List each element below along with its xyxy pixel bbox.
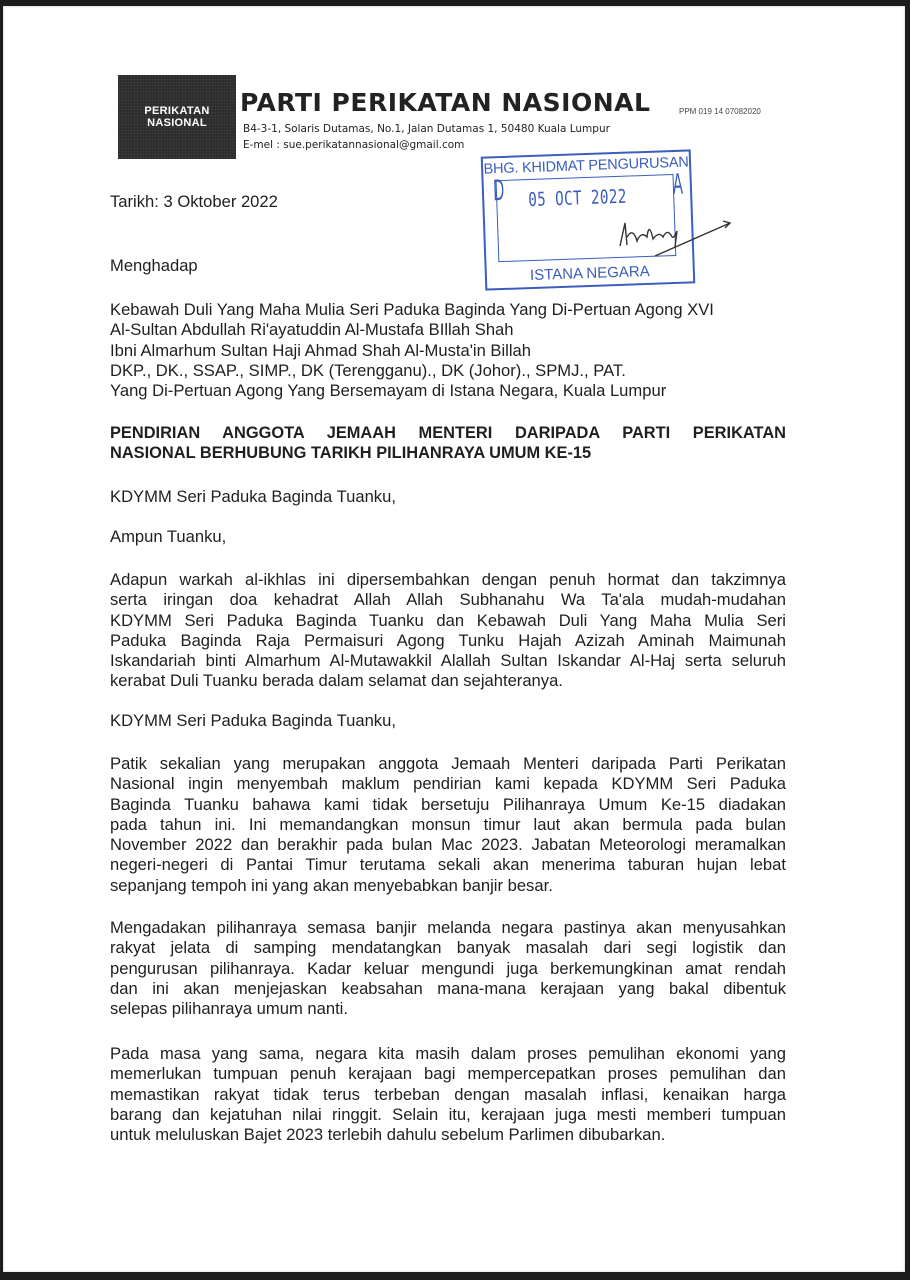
paragraph-line: selepas pilihanraya umum nanti. [110, 999, 786, 1019]
letter-date: Tarikh: 3 Oktober 2022 [110, 192, 278, 212]
recipient-line: Ibni Almarhum Sultan Haji Ahmad Shah Al-… [110, 341, 714, 361]
paragraph-line: Nasional ingin menyembah maklum pendiria… [110, 774, 786, 794]
logo-text-line1: PERIKATAN [144, 105, 209, 117]
paragraph-line: negeri-negeri di Pantai Timur terutama s… [110, 855, 786, 875]
salutation-1: KDYMM Seri Paduka Baginda Tuanku, [110, 487, 396, 507]
salutation-3: KDYMM Seri Paduka Baginda Tuanku, [110, 711, 396, 731]
paragraph-line: sepanjang tempoh ini yang akan menyebabk… [110, 876, 786, 896]
salutation-2: Ampun Tuanku, [110, 527, 226, 547]
subject-heading: PENDIRIAN ANGGOTA JEMAAH MENTERI DARIPAD… [110, 423, 786, 464]
paragraph-line: serta iringan doa kehadrat Allah Allah S… [110, 590, 786, 610]
paragraph-line: Pada masa yang sama, negara kita masih d… [110, 1044, 786, 1064]
paragraph-line: Mengadakan pilihanraya semasa banjir mel… [110, 918, 786, 938]
paragraph-line: Baginda Tuanku bahawa kami tidak bersetu… [110, 795, 786, 815]
paragraph-line: kerabat Duli Tuanku berada dalam selamat… [110, 671, 786, 691]
paragraph-line: KDYMM Seri Paduka Baginda Tuanku dan Keb… [110, 611, 786, 631]
recipient-line: Al-Sultan Abdullah Ri'ayatuddin Al-Musta… [110, 320, 714, 340]
recipient-line: Kebawah Duli Yang Maha Mulia Seri Paduka… [110, 300, 714, 320]
addressee-label: Menghadap [110, 256, 198, 276]
paragraph-line: Adapun warkah al-ikhlas ini dipersembahk… [110, 570, 786, 590]
paragraph-line: Iskandariah binti Almarhum Al-Mutawakkil… [110, 651, 786, 671]
signature-icon [615, 201, 735, 261]
paragraph-4: Pada masa yang sama, negara kita masih d… [110, 1044, 786, 1145]
organization-email: E-mel : sue.perikatannasional@gmail.com [243, 139, 464, 151]
paragraph-line: Patik sekalian yang merupakan anggota Je… [110, 754, 786, 774]
recipient-block: Kebawah Duli Yang Maha Mulia Seri Paduka… [110, 300, 714, 401]
paragraph-line: pada tahun ini. Ini memandangkan monsun … [110, 815, 786, 835]
recipient-line: Yang Di-Pertuan Agong Yang Bersemayam di… [110, 381, 714, 401]
paragraph-3: Mengadakan pilihanraya semasa banjir mel… [110, 918, 786, 1019]
stamp-office: ISTANA NEGARA [487, 261, 693, 285]
logo-text-line2: NASIONAL [147, 117, 207, 129]
registration-number: PPM 019 14 07082020 [679, 107, 761, 116]
paragraph-1: Adapun warkah al-ikhlas ini dipersembahk… [110, 570, 786, 692]
paragraph-line: rakyat jelata di samping mendatangkan ba… [110, 938, 786, 958]
subject-line: PENDIRIAN ANGGOTA JEMAAH MENTERI DARIPAD… [110, 423, 786, 443]
party-logo: PERIKATAN NASIONAL [118, 75, 236, 159]
organization-address: B4-3-1, Solaris Dutamas, No.1, Jalan Dut… [243, 123, 610, 135]
paragraph-line: Paduka Baginda Raja Permaisuri Agong Tun… [110, 631, 786, 651]
paragraph-line: dan ini akan menjejaskan keabsahan mana-… [110, 979, 786, 999]
paragraph-2: Patik sekalian yang merupakan anggota Je… [110, 754, 786, 896]
recipient-line: DKP., DK., SSAP., SIMP., DK (Terengganu)… [110, 361, 714, 381]
paragraph-line: memerlukan tumpuan penuh kerajaan bagi m… [110, 1064, 786, 1084]
paragraph-line: untuk meluluskan Bajet 2023 terlebih dah… [110, 1125, 786, 1145]
stamp-left-letter: D [493, 174, 505, 208]
paragraph-line: November 2022 dan berakhir pada bulan Ma… [110, 835, 786, 855]
stamp-right-letter: A [672, 168, 683, 202]
document-page: PERIKATAN NASIONAL PARTI PERIKATAN NASIO… [3, 6, 905, 1272]
subject-line: NASIONAL BERHUBUNG TARIKH PILIHANRAYA UM… [110, 443, 786, 463]
paragraph-line: memastikan rakyat tidak terus terbeban d… [110, 1085, 786, 1105]
paragraph-line: barang dan kejatuhan nilai ringgit. Sela… [110, 1105, 786, 1125]
paragraph-line: pengurusan pilihanraya. Kadar keluar men… [110, 959, 786, 979]
organization-name: PARTI PERIKATAN NASIONAL [240, 88, 650, 117]
stamp-date: 05 OCT 2022 [528, 186, 627, 211]
